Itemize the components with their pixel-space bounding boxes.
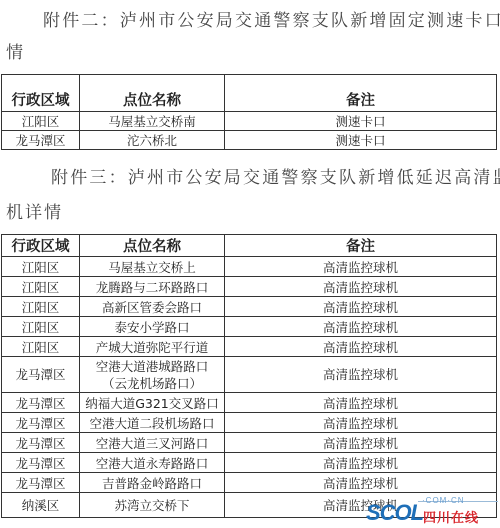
cell-district: 江阳区 xyxy=(2,317,80,337)
cell-location: 产城大道弥陀平行道 xyxy=(80,337,225,357)
cell-location: 空港大道三叉河路口 xyxy=(80,433,225,453)
table-header-row: 行政区域 点位名称 备注 xyxy=(2,235,497,257)
cell-location: 纳福大道G321交叉路口 xyxy=(80,393,225,413)
cell-note: 高清监控球机 xyxy=(225,473,497,493)
column-header-district: 行政区域 xyxy=(2,75,80,112)
table-row: 江阳区 马屋基立交桥上 高清监控球机 xyxy=(2,257,497,277)
scol-watermark: SCOL ·COM·CN 四川在线 xyxy=(366,496,500,526)
hd-camera-table: 行政区域 点位名称 备注 江阳区 马屋基立交桥上 高清监控球机 江阳区 龙腾路与… xyxy=(1,234,497,518)
table-row: 江阳区 龙腾路与二环路路口 高清监控球机 xyxy=(2,277,497,297)
table-row: 龙马潭区 空港大道永寿路路口 高清监控球机 xyxy=(2,453,497,473)
cell-district: 江阳区 xyxy=(2,277,80,297)
cell-note: 高清监控球机 xyxy=(225,277,497,297)
fixed-speed-camera-table: 行政区域 点位名称 备注 江阳区 马屋基立交桥南 测速卡口 龙马潭区 沱六桥北 … xyxy=(1,74,497,150)
cell-district: 纳溪区 xyxy=(2,493,80,518)
table-row: 龙马潭区 沱六桥北 测速卡口 xyxy=(2,131,497,150)
cell-note: 高清监控球机 xyxy=(225,357,497,393)
cell-note: 高清监控球机 xyxy=(225,453,497,473)
table-row: 江阳区 产城大道弥陀平行道 高清监控球机 xyxy=(2,337,497,357)
cell-location: 空港大道二段机场路口 xyxy=(80,413,225,433)
table-header-row: 行政区域 点位名称 备注 xyxy=(2,75,497,112)
table-row: 龙马潭区 纳福大道G321交叉路口 高清监控球机 xyxy=(2,393,497,413)
cell-note: 测速卡口 xyxy=(225,112,497,131)
table-row: 龙马潭区 空港大道二段机场路口 高清监控球机 xyxy=(2,413,497,433)
cell-location: 马屋基立交桥上 xyxy=(80,257,225,277)
cell-location: 空港大道永寿路路口 xyxy=(80,453,225,473)
cell-note: 高清监控球机 xyxy=(225,337,497,357)
cell-note: 高清监控球机 xyxy=(225,433,497,453)
cell-location: 空港大道港城路路口（云龙机场路口） xyxy=(80,357,225,393)
cell-district: 龙马潭区 xyxy=(2,131,80,150)
cell-district: 龙马潭区 xyxy=(2,357,80,393)
cell-location: 马屋基立交桥南 xyxy=(80,112,225,131)
cell-district: 龙马潭区 xyxy=(2,453,80,473)
cell-district: 江阳区 xyxy=(2,337,80,357)
table-row: 龙马潭区 吉普路金岭路路口 高清监控球机 xyxy=(2,473,497,493)
cell-location: 高新区管委会路口 xyxy=(80,297,225,317)
cell-district: 龙马潭区 xyxy=(2,393,80,413)
cell-district: 江阳区 xyxy=(2,257,80,277)
cell-note: 高清监控球机 xyxy=(225,297,497,317)
attachment2-heading: 附件二：泸州市公安局交通警察支队新增固定测速卡口点位 xyxy=(43,6,500,31)
cell-note: 高清监控球机 xyxy=(225,257,497,277)
cell-note: 高清监控球机 xyxy=(225,393,497,413)
column-header-location: 点位名称 xyxy=(80,75,225,112)
cell-district: 江阳区 xyxy=(2,112,80,131)
cell-note: 测速卡口 xyxy=(225,131,497,150)
cell-district: 龙马潭区 xyxy=(2,413,80,433)
table-row: 江阳区 泰安小学路口 高清监控球机 xyxy=(2,317,497,337)
column-header-note: 备注 xyxy=(225,75,497,112)
cell-district: 江阳区 xyxy=(2,297,80,317)
cell-district: 龙马潭区 xyxy=(2,473,80,493)
cell-location: 吉普路金岭路路口 xyxy=(80,473,225,493)
column-header-location: 点位名称 xyxy=(80,235,225,257)
cell-district: 龙马潭区 xyxy=(2,433,80,453)
attachment3-heading: 附件三：泸州市公安局交通警察支队新增低延迟高清监控 xyxy=(51,163,500,188)
scol-logo: SCOL xyxy=(366,500,423,526)
watermark-name: 四川在线 xyxy=(423,507,479,526)
attachment2-heading-cont: 情 xyxy=(6,38,25,63)
cell-note: 高清监控球机 xyxy=(225,413,497,433)
table-row: 龙马潭区 空港大道三叉河路口 高清监控球机 xyxy=(2,433,497,453)
column-header-district: 行政区域 xyxy=(2,235,80,257)
cell-note: 高清监控球机 xyxy=(225,317,497,337)
cell-location: 龙腾路与二环路路口 xyxy=(80,277,225,297)
cell-location: 沱六桥北 xyxy=(80,131,225,150)
table-row: 江阳区 高新区管委会路口 高清监控球机 xyxy=(2,297,497,317)
attachment3-heading-cont: 机详情 xyxy=(6,198,63,223)
table-row: 江阳区 马屋基立交桥南 测速卡口 xyxy=(2,112,497,131)
column-header-note: 备注 xyxy=(225,235,497,257)
table-row: 龙马潭区 空港大道港城路路口（云龙机场路口） 高清监控球机 xyxy=(2,357,497,393)
cell-location: 苏湾立交桥下 xyxy=(80,493,225,518)
cell-location: 泰安小学路口 xyxy=(80,317,225,337)
watermark-domain: ·COM·CN xyxy=(422,496,465,505)
